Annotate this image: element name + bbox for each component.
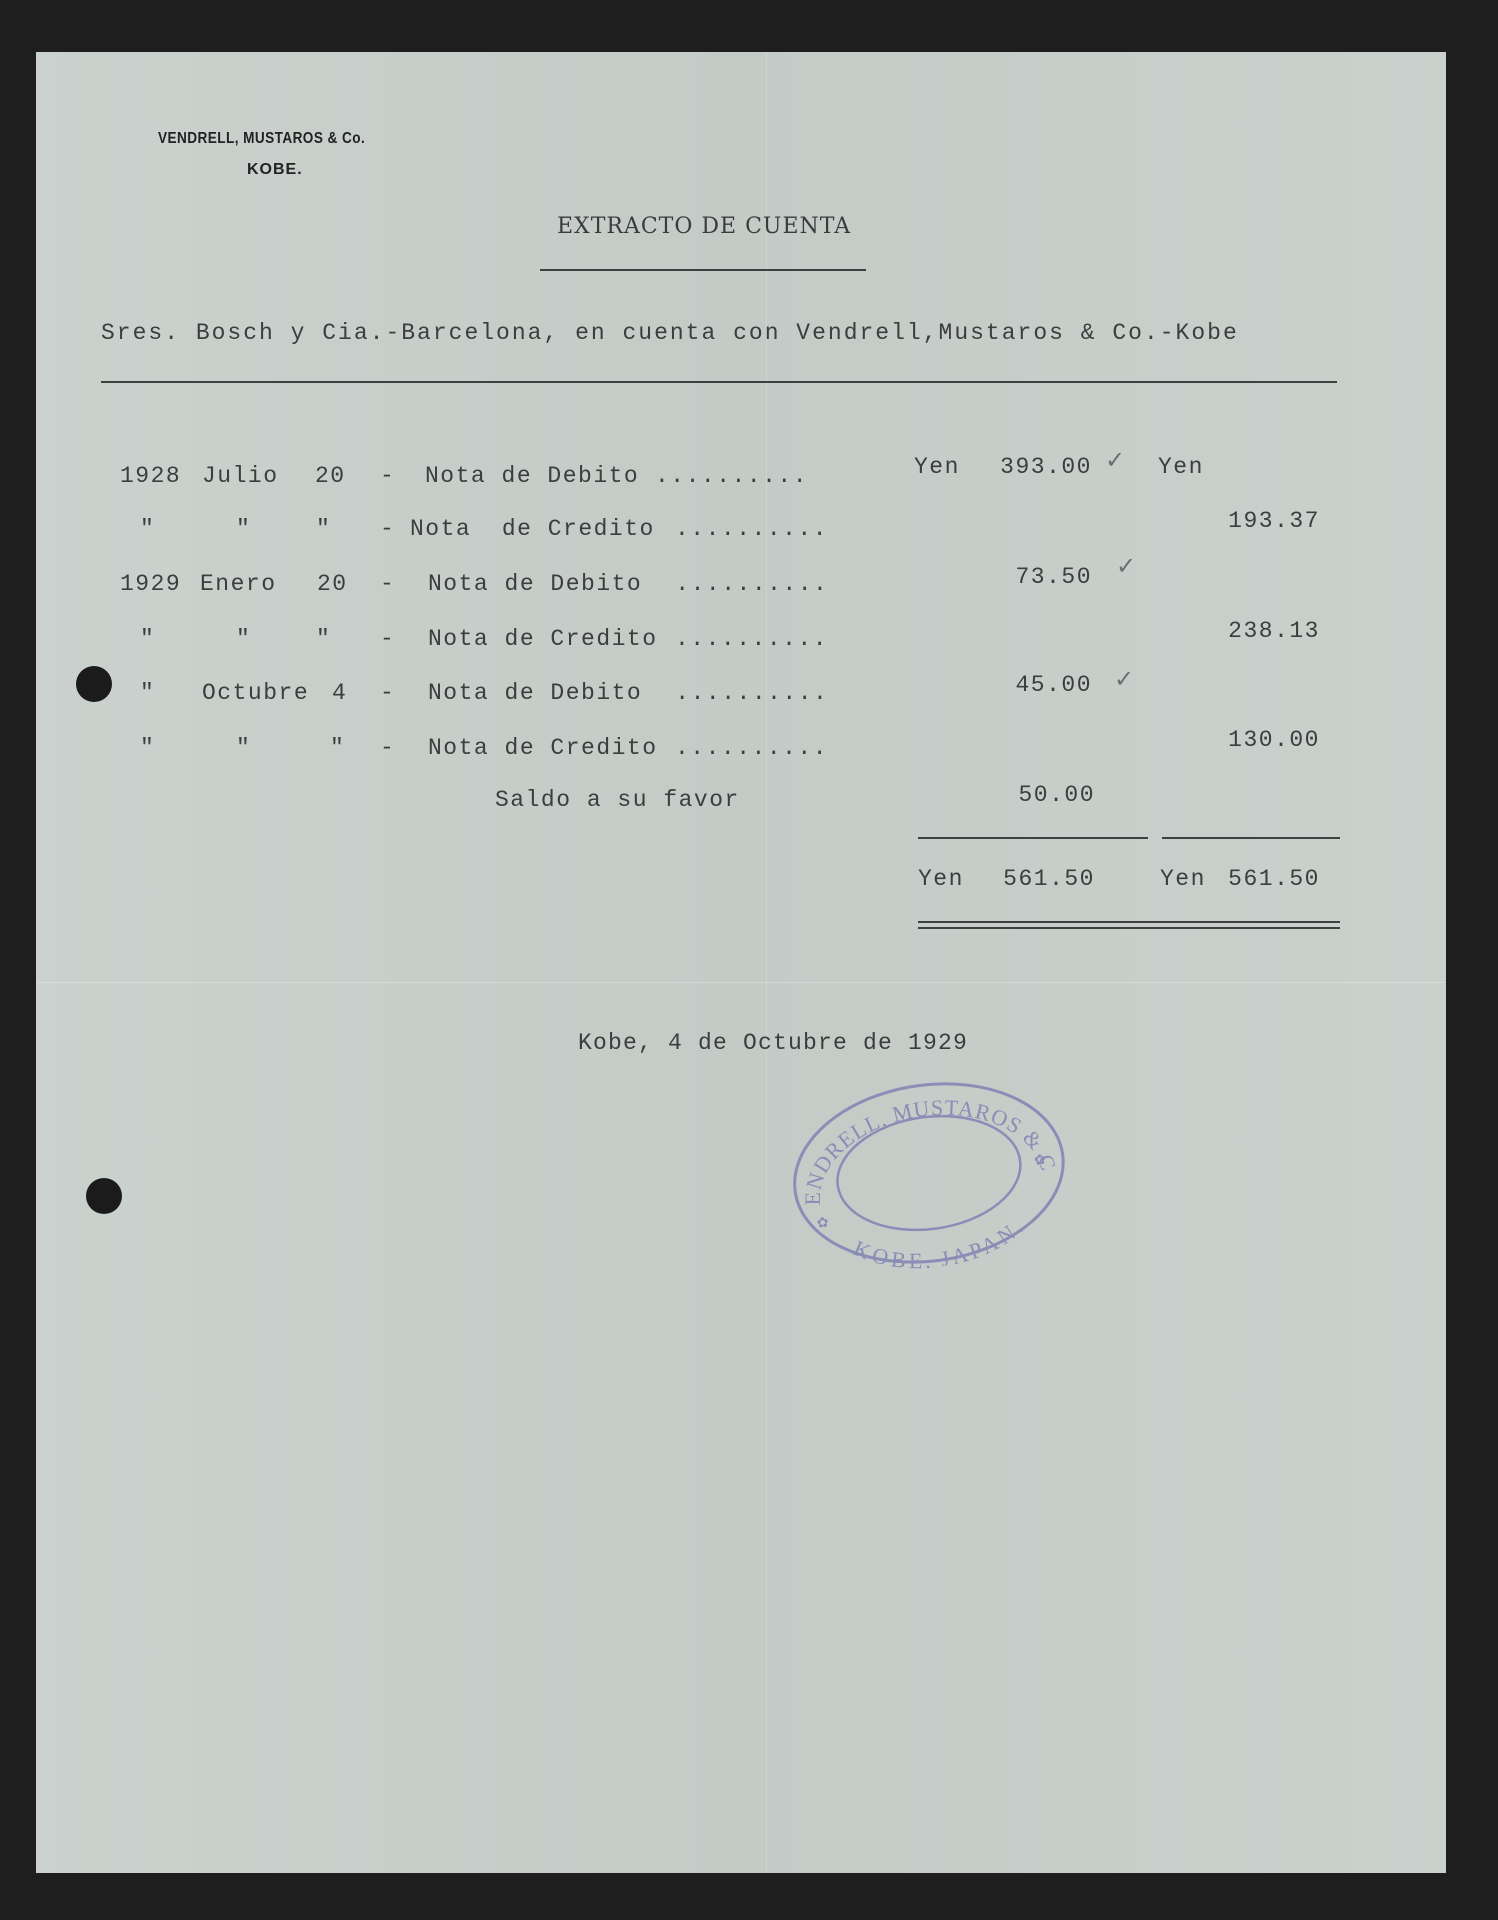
- company-stamp: VENDRELL, MUSTAROS & Co. KOBE, JAPAN. ✿ …: [777, 1061, 1080, 1285]
- entry-credit: 238.13: [1200, 618, 1320, 644]
- addressee-rule: [101, 381, 1337, 383]
- entry-description: Nota de Debito: [425, 463, 639, 489]
- entry-day: 4: [332, 680, 347, 706]
- entry-dash: -: [380, 680, 395, 706]
- entry-month: ": [236, 516, 251, 542]
- entry-day: ": [330, 735, 345, 761]
- entry-leader: ..........: [655, 463, 808, 489]
- total-debit: 561.50: [985, 866, 1095, 892]
- document-title: EXTRACTO DE CUENTA: [557, 214, 851, 239]
- check-mark-icon: ✓: [1105, 446, 1125, 474]
- entry-debit: 393.00: [982, 454, 1092, 480]
- entry-year: ": [140, 626, 155, 652]
- debit-sum-rule: [918, 837, 1148, 839]
- svg-text:✿: ✿: [816, 1215, 830, 1232]
- entry-day: 20: [315, 463, 346, 489]
- credit-currency: Yen: [1158, 454, 1204, 480]
- place-date: Kobe, 4 de Octubre de 1929: [578, 1030, 968, 1056]
- entry-description: Nota de Credito: [428, 735, 658, 761]
- entry-year: ": [140, 680, 155, 706]
- entry-leader: ..........: [660, 571, 828, 597]
- entry-day: ": [316, 626, 331, 652]
- entry-debit: 73.50: [982, 564, 1092, 590]
- balance-debit: 50.00: [985, 782, 1095, 808]
- entry-day: ": [316, 516, 331, 542]
- entry-month: Enero: [200, 571, 277, 597]
- entry-year: ": [140, 516, 155, 542]
- entry-dash: -: [380, 571, 395, 597]
- credit-sum-rule: [1162, 837, 1340, 839]
- total-credit: 561.50: [1200, 866, 1320, 892]
- debit-currency: Yen: [914, 454, 960, 480]
- double-rule-top: [918, 921, 1340, 923]
- entry-credit: 193.37: [1200, 508, 1320, 534]
- letterhead-company: VENDRELL, MUSTAROS & Co.: [158, 130, 365, 148]
- entry-dash: -: [380, 626, 395, 652]
- entry-month: ": [236, 735, 251, 761]
- balance-label: Saldo a su favor: [495, 787, 740, 813]
- svg-text:✿: ✿: [1033, 1152, 1047, 1169]
- entry-leader: ..........: [675, 735, 828, 761]
- title-underline: [540, 269, 866, 271]
- check-mark-icon: ✓: [1116, 552, 1136, 580]
- entry-dash: -: [380, 463, 395, 489]
- entry-year: 1929: [120, 571, 181, 597]
- entry-description: Nota de Credito: [428, 626, 658, 652]
- entry-year: 1928: [120, 463, 181, 489]
- punch-hole-icon: [86, 1178, 122, 1214]
- entry-debit: 45.00: [982, 672, 1092, 698]
- entry-day: 20: [317, 571, 348, 597]
- entry-month: Julio: [202, 463, 279, 489]
- total-debit-currency: Yen: [918, 866, 964, 892]
- entry-leader: ..........: [675, 516, 828, 542]
- addressee-line: Sres. Bosch y Cia.-Barcelona, en cuenta …: [101, 320, 1239, 346]
- fold-crease: [36, 982, 1446, 983]
- punch-hole-icon: [76, 666, 112, 702]
- letterhead-city: KOBE.: [247, 161, 303, 179]
- double-rule-bottom: [918, 927, 1340, 929]
- entry-description: Nota de Credito: [410, 516, 655, 542]
- stamp-seal-icon: VENDRELL, MUSTAROS & Co. KOBE, JAPAN. ✿ …: [777, 1061, 1080, 1285]
- entry-description: Nota de Debito: [428, 680, 642, 706]
- entry-dash: -: [380, 735, 395, 761]
- check-mark-icon: ✓: [1114, 665, 1134, 693]
- entry-month: Octubre: [202, 680, 309, 706]
- entry-leader: ..........: [660, 680, 828, 706]
- entry-description: Nota de Debito: [428, 571, 642, 597]
- entry-leader: ..........: [675, 626, 828, 652]
- entry-dash: -: [380, 516, 395, 542]
- entry-year: ": [140, 735, 155, 761]
- entry-credit: 130.00: [1200, 727, 1320, 753]
- entry-month: ": [236, 626, 251, 652]
